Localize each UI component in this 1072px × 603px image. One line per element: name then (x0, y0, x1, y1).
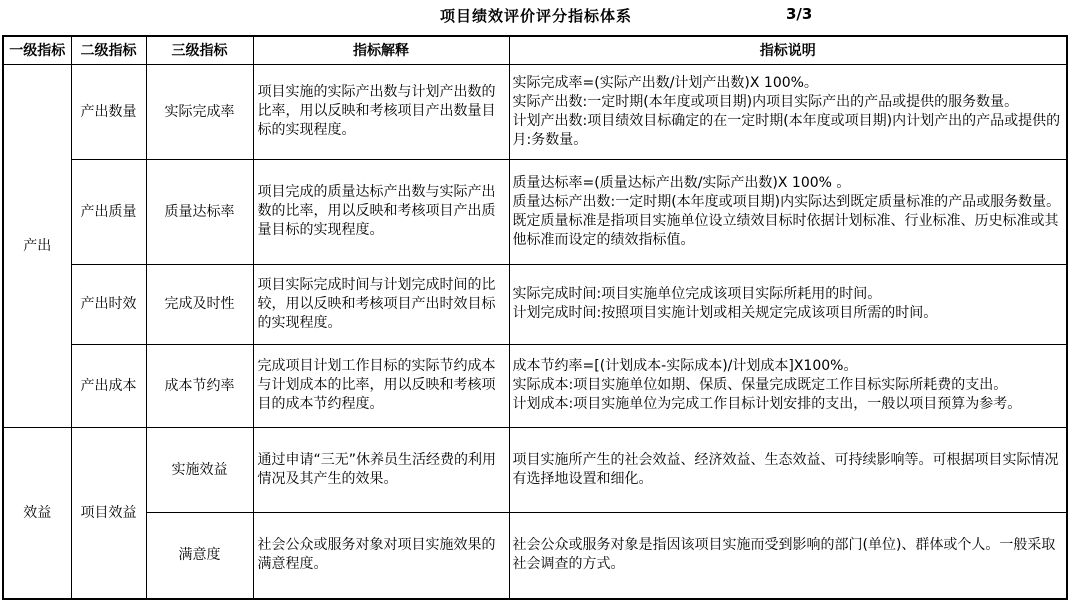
level2-cell-project-benefit: 项目效益 (71, 427, 146, 599)
header-explanation: 指标解释 (253, 36, 509, 64)
header-level2: 二级指标 (71, 36, 146, 64)
explanation-cell: 社会公众或服务对象对项目实施效果的满意程度。 (253, 512, 509, 599)
description-cell: 质量达标率=(质量达标产出数/实际产出数)X 100% 。 质量达标产出数:一定… (509, 159, 1067, 264)
indicator-table: 一级指标 二级指标 三级指标 指标解释 指标说明 产出 产出数量 实际完成率 项… (2, 35, 1068, 600)
table-row-benefit-implementation: 效益 项目效益 实施效益 通过申请“三无”休养员生活经费的利用情况及其产生的效果… (3, 427, 1067, 512)
table-row-output-quality: 产出质量 质量达标率 项目完成的质量达标产出数与实际产出数的比率，用以反映和考核… (3, 159, 1067, 264)
description-cell: 实际完成时间:项目实施单位完成该项目实际所耗用的时间。 计划完成时间:按照项目实… (509, 264, 1067, 344)
explanation-cell: 项目实施的实际产出数与计划产出数的比率，用以反映和考核项目产出数量目标的实现程度… (253, 64, 509, 159)
title-bar: 项目绩效评价评分指标体系 3/3 (0, 0, 1072, 35)
level3-cell: 满意度 (146, 512, 253, 599)
level2-cell: 产出成本 (71, 344, 146, 427)
level3-cell: 完成及时性 (146, 264, 253, 344)
description-cell: 项目实施所产生的社会效益、经济效益、生态效益、可持续影响等。可根据项目实际情况有… (509, 427, 1067, 512)
level3-cell: 实施效益 (146, 427, 253, 512)
explanation-cell: 项目完成的质量达标产出数与实际产出数的比率，用以反映和考核项目产出质量目标的实现… (253, 159, 509, 264)
level3-cell: 质量达标率 (146, 159, 253, 264)
explanation-cell: 项目实际完成时间与计划完成时间的比较，用以反映和考核项目产出时效目标的实现程度。 (253, 264, 509, 344)
header-row: 一级指标 二级指标 三级指标 指标解释 指标说明 (3, 36, 1067, 64)
explanation-cell: 完成项目计划工作目标的实际节约成本与计划成本的比率，用以反映和考核项目的成本节约… (253, 344, 509, 427)
description-cell: 实际完成率=(实际产出数/计划产出数)X 100%。 实际产出数:一定时期(本年… (509, 64, 1067, 159)
level2-cell: 产出质量 (71, 159, 146, 264)
level1-cell-benefit: 效益 (3, 427, 71, 599)
table-row-benefit-satisfaction: 满意度 社会公众或服务对象对项目实施效果的满意程度。 社会公众或服务对象是指因该… (3, 512, 1067, 599)
document-page: 项目绩效评价评分指标体系 3/3 一级指标 二级指标 三级指标 指标解释 指标说… (0, 0, 1072, 603)
page-title: 项目绩效评价评分指标体系 (440, 5, 632, 26)
table-row-output-timeliness: 产出时效 完成及时性 项目实际完成时间与计划完成时间的比较，用以反映和考核项目产… (3, 264, 1067, 344)
header-level3: 三级指标 (146, 36, 253, 64)
header-description: 指标说明 (509, 36, 1067, 64)
level3-cell: 成本节约率 (146, 344, 253, 427)
page-number: 3/3 (786, 5, 812, 23)
description-cell: 成本节约率=[(计划成本-实际成本)/计划成本]X100%。 实际成本:项目实施… (509, 344, 1067, 427)
description-cell: 社会公众或服务对象是指因该项目实施而受到影响的部门(单位)、群体或个人。一般采取… (509, 512, 1067, 599)
level3-cell: 实际完成率 (146, 64, 253, 159)
level1-cell-output: 产出 (3, 64, 71, 427)
header-level1: 一级指标 (3, 36, 71, 64)
table-row-output-cost: 产出成本 成本节约率 完成项目计划工作目标的实际节约成本与计划成本的比率，用以反… (3, 344, 1067, 427)
level2-cell: 产出数量 (71, 64, 146, 159)
level2-cell: 产出时效 (71, 264, 146, 344)
table-row-output-quantity: 产出 产出数量 实际完成率 项目实施的实际产出数与计划产出数的比率，用以反映和考… (3, 64, 1067, 159)
explanation-cell: 通过申请“三无”休养员生活经费的利用情况及其产生的效果。 (253, 427, 509, 512)
